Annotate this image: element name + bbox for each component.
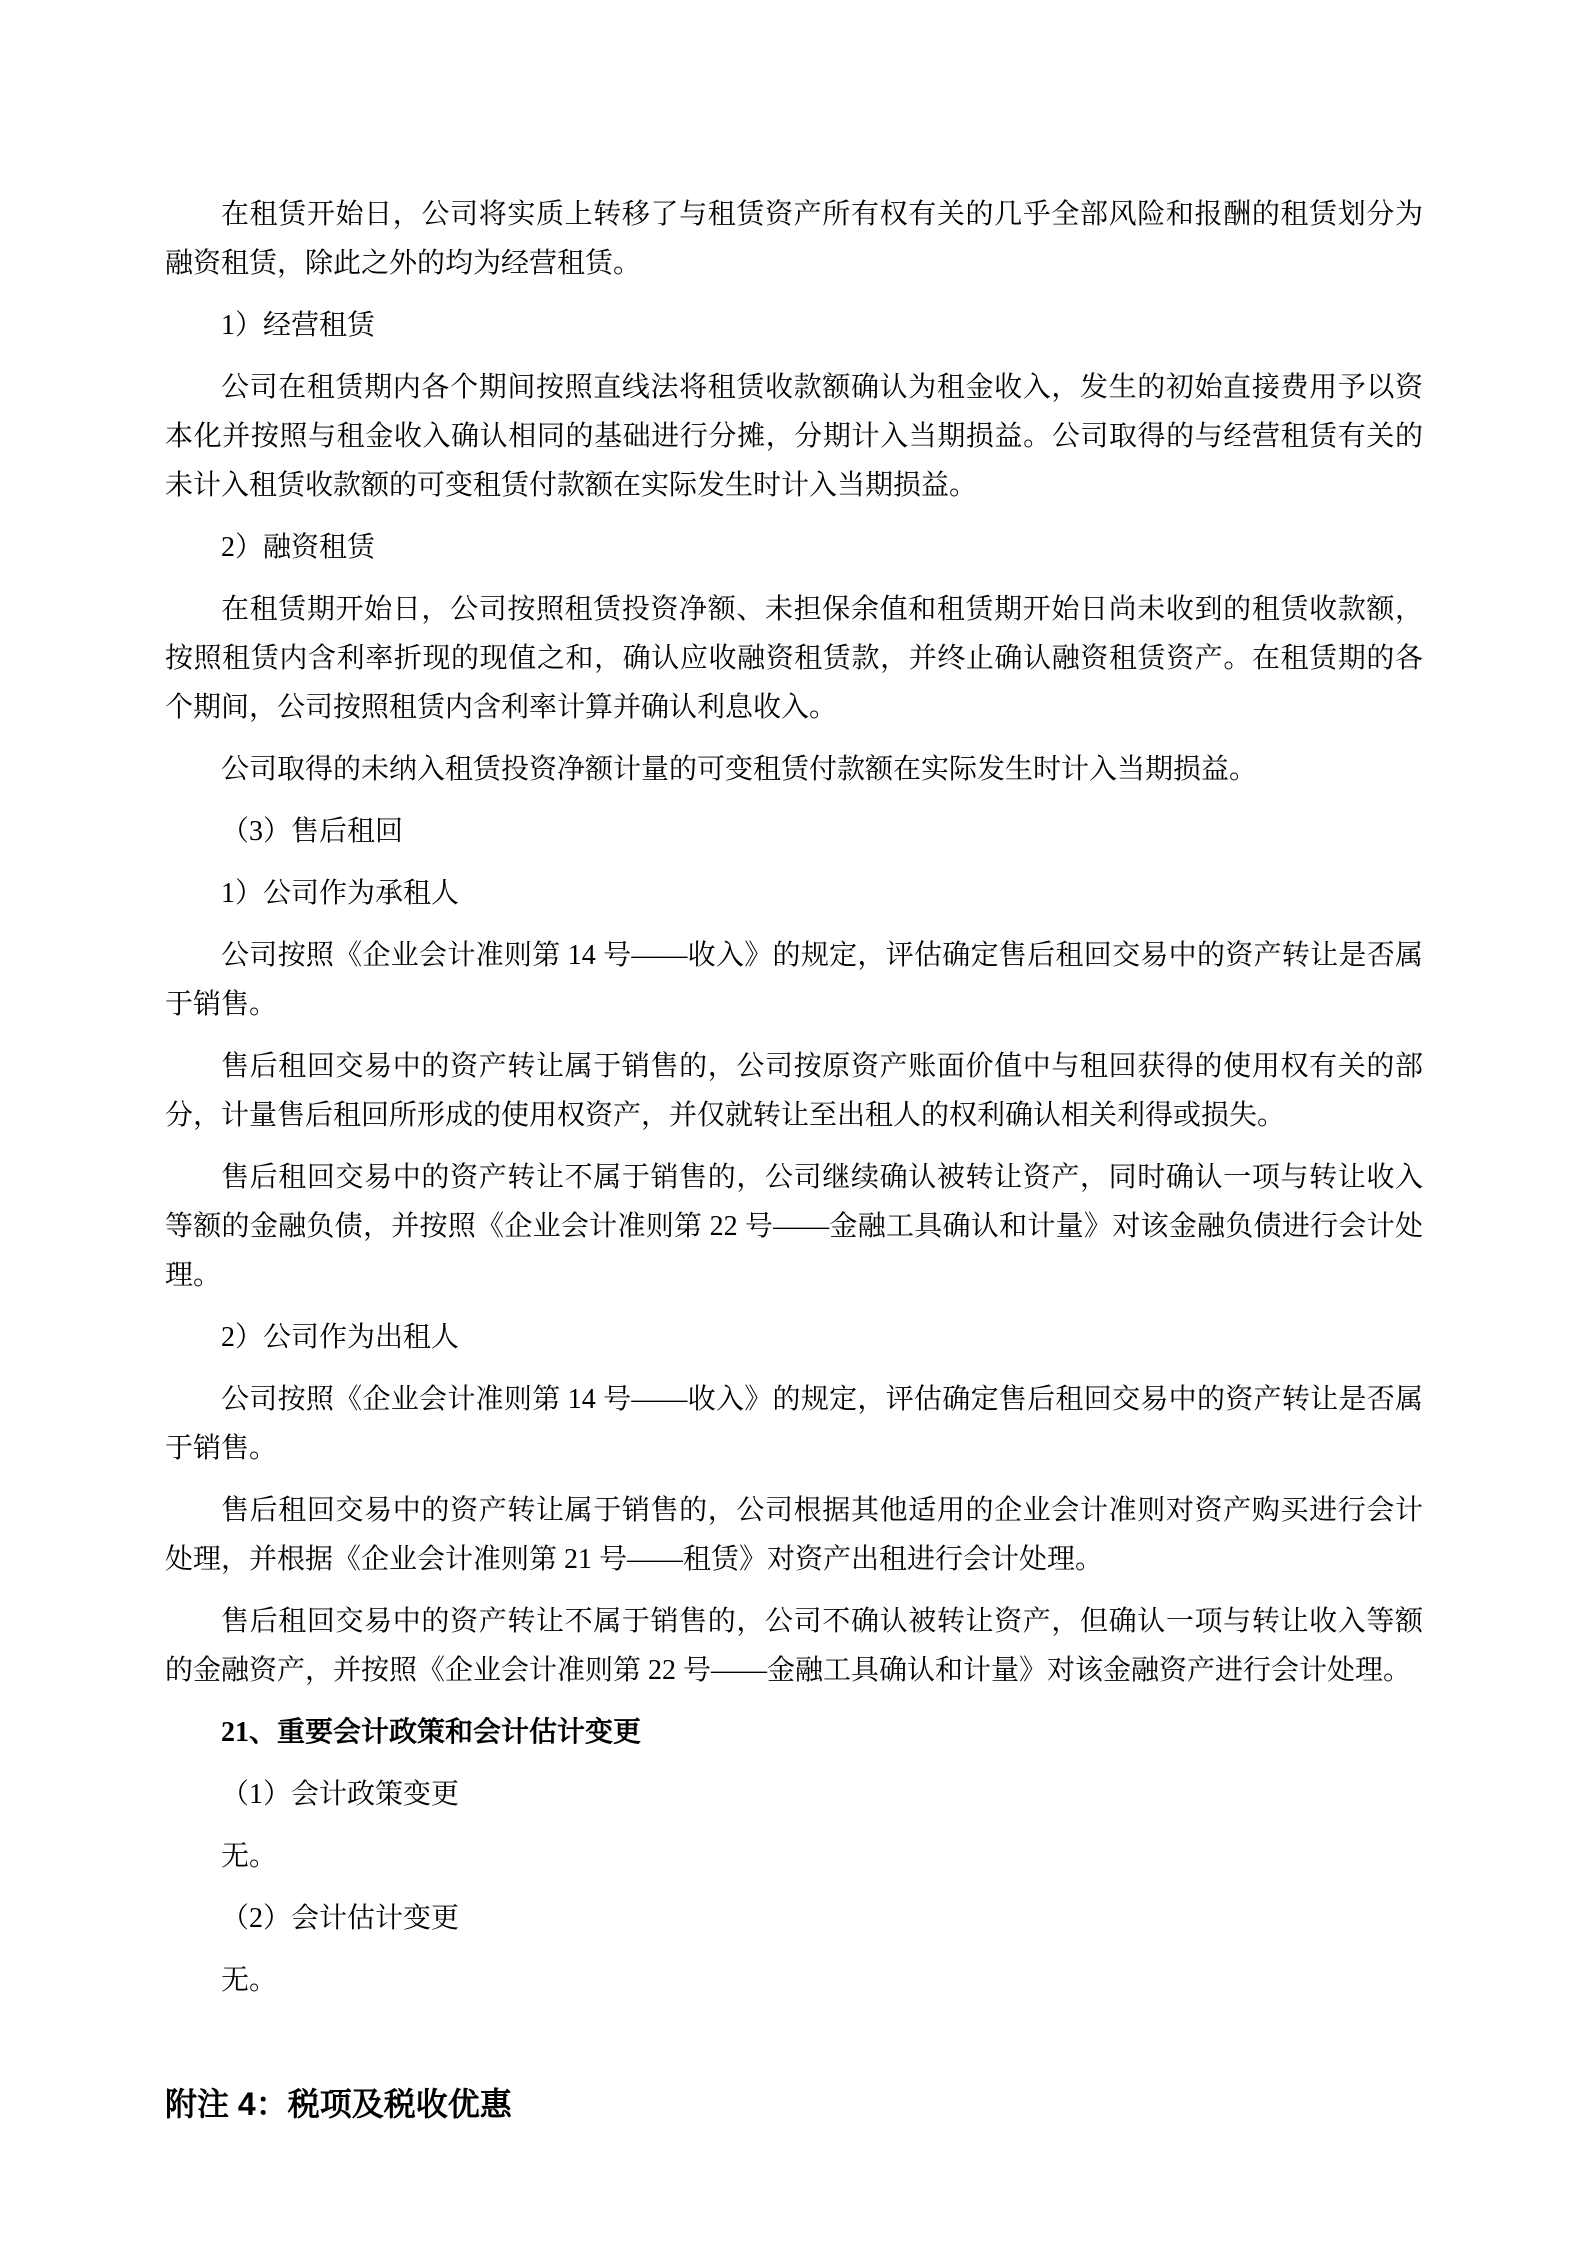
para-lease-classification: 在租赁开始日，公司将实质上转移了与租赁资产所有权有关的几乎全部风险和报酬的租赁划… <box>165 190 1423 288</box>
heading-21-accounting-policy-and-estimate-changes: 21、重要会计政策和会计估计变更 <box>165 1708 1423 1757</box>
para-lessor-transfer-not-sale: 售后租回交易中的资产转让不属于销售的，公司不确认被转让资产，但确认一项与转让收入… <box>165 1597 1423 1695</box>
item-2-accounting-estimate-change: （2）会计估计变更 <box>165 1894 1423 1943</box>
para-lessee-sale-assessment: 公司按照《企业会计准则第 14 号——收入》的规定，评估确定售后租回交易中的资产… <box>165 931 1423 1029</box>
item-2-company-as-lessor: 2）公司作为出租人 <box>165 1313 1423 1362</box>
document-page: 在租赁开始日，公司将实质上转移了与租赁资产所有权有关的几乎全部风险和报酬的租赁划… <box>0 0 1588 2245</box>
para-lessor-sale-assessment: 公司按照《企业会计准则第 14 号——收入》的规定，评估确定售后租回交易中的资产… <box>165 1375 1423 1473</box>
item-2-finance-lease: 2）融资租赁 <box>165 523 1423 572</box>
para-lessor-transfer-is-sale: 售后租回交易中的资产转让属于销售的，公司根据其他适用的企业会计准则对资产购买进行… <box>165 1486 1423 1584</box>
item-1-accounting-policy-change: （1）会计政策变更 <box>165 1770 1423 1819</box>
para-none-1: 无。 <box>165 1832 1423 1881</box>
para-variable-lease-payments: 公司取得的未纳入租赁投资净额计量的可变租赁付款额在实际发生时计入当期损益。 <box>165 745 1423 794</box>
item-1-company-as-lessee: 1）公司作为承租人 <box>165 869 1423 918</box>
para-finance-lease-policy: 在租赁期开始日，公司按照租赁投资净额、未担保余值和租赁期开始日尚未收到的租赁收款… <box>165 585 1423 732</box>
item-3-sale-leaseback: （3）售后租回 <box>165 807 1423 856</box>
item-1-operating-lease: 1）经营租赁 <box>165 301 1423 350</box>
para-operating-lease-policy: 公司在租赁期内各个期间按照直线法将租赁收款额确认为租金收入，发生的初始直接费用予… <box>165 363 1423 510</box>
para-lessee-transfer-is-sale: 售后租回交易中的资产转让属于销售的，公司按原资产账面价值中与租回获得的使用权有关… <box>165 1042 1423 1140</box>
para-none-2: 无。 <box>165 1956 1423 2005</box>
heading-note4-taxes-and-tax-incentives: 附注 4：税项及税收优惠 <box>165 2080 1423 2129</box>
para-lessee-transfer-not-sale: 售后租回交易中的资产转让不属于销售的，公司继续确认被转让资产，同时确认一项与转让… <box>165 1153 1423 1300</box>
